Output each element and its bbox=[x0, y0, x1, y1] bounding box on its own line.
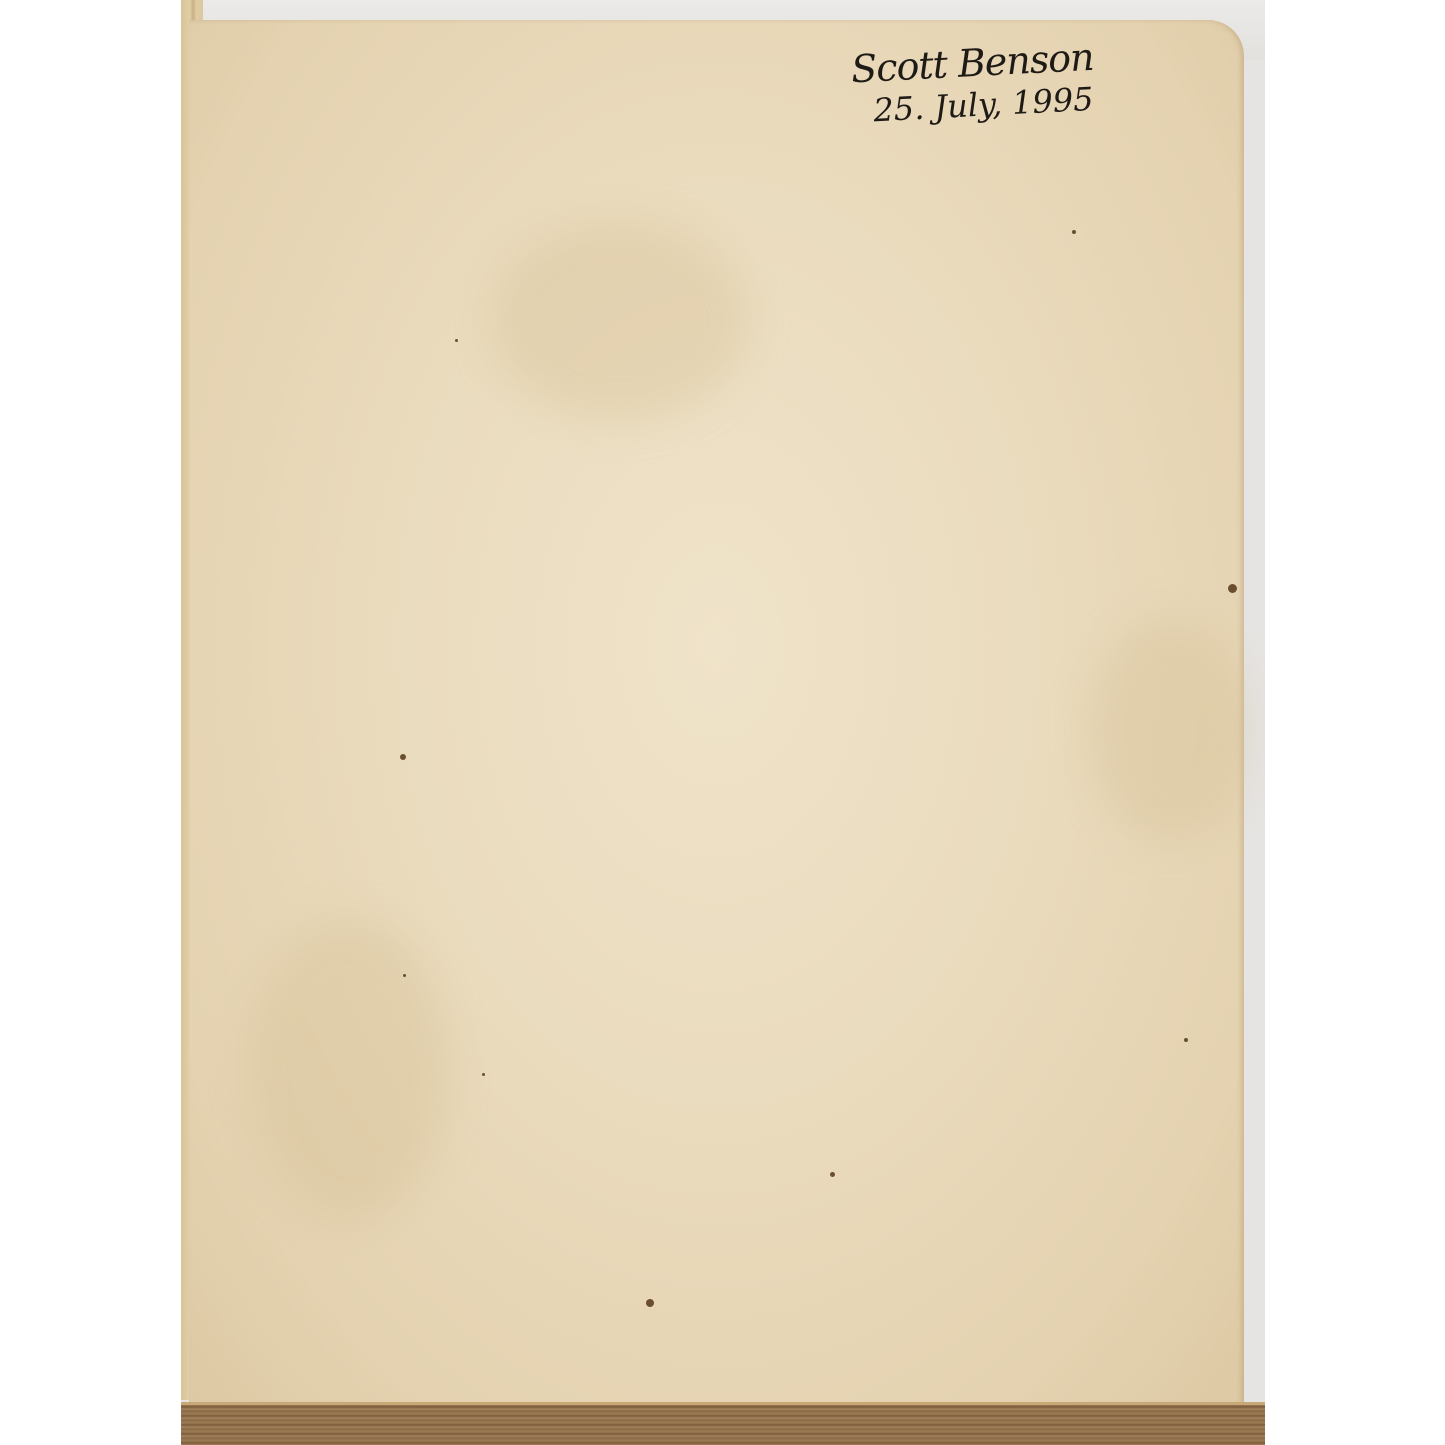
book-photo bbox=[181, 0, 1265, 1445]
page-stain bbox=[249, 920, 449, 1220]
foxing-spot bbox=[1228, 584, 1237, 593]
endpaper-page bbox=[189, 20, 1244, 1405]
foxing-spot bbox=[1072, 230, 1076, 234]
page-stain bbox=[1089, 620, 1249, 840]
foxing-spot bbox=[830, 1172, 835, 1177]
page-fore-edge bbox=[181, 1402, 1265, 1445]
foxing-spot bbox=[403, 974, 406, 977]
foxing-spot bbox=[400, 754, 406, 760]
page-stain bbox=[489, 220, 749, 420]
foxing-spot bbox=[1184, 1038, 1188, 1042]
foxing-spot bbox=[646, 1299, 654, 1307]
foxing-spot bbox=[455, 339, 458, 342]
foxing-spot bbox=[482, 1073, 485, 1076]
